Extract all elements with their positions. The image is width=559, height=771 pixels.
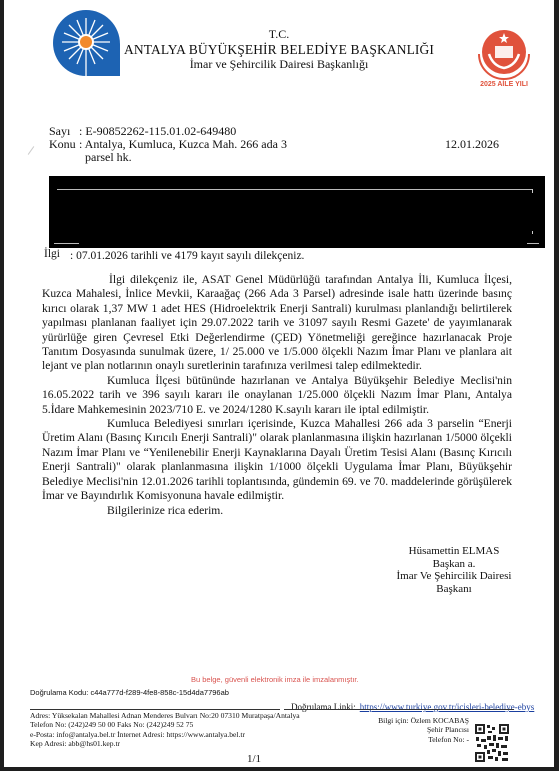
- verification-code: Doğrulama Kodu: c44a777d-f289-4fe8-858c-…: [30, 688, 229, 697]
- ilgi-value: : 07.01.2026 tarihli ve 4179 kayıt sayıl…: [70, 249, 304, 263]
- verification-link-row: Doğrulama Linki: https://www.turkiye.gov…: [291, 697, 534, 715]
- info-contact: Bilgi için: Özlem KOCABAŞ Şehir Plancısı…: [369, 716, 469, 744]
- esign-notice: Bu belge, güvenli elektronik imza ile im…: [191, 675, 359, 684]
- verification-code-value: c44a777d-f289-4fe8-858c-15d4da7796ab: [90, 688, 228, 697]
- qr-code-icon: [474, 723, 510, 763]
- sayi-value: : E-90852262-115.01.02-649480: [79, 124, 236, 138]
- pen-mark: [28, 146, 35, 155]
- konu-value: : Antalya, Kumluca, Kuzca Mah. 266 ada 3: [79, 137, 287, 151]
- signer-name: Hüsamettin ELMAS: [379, 545, 529, 558]
- info-contact-name: Bilgi için: Özlem KOCABAŞ: [369, 716, 469, 725]
- verification-link[interactable]: https://www.turkiye.gov.tr/icisleri-bele…: [360, 702, 535, 712]
- footer-contact: Adres: Yüksekalan Mahallesi Adnan Mender…: [30, 711, 300, 748]
- info-contact-phone: Telefon No: -: [369, 735, 469, 744]
- signer-title-1: Başkan a.: [379, 558, 529, 571]
- svg-text:2025 AİLE YILI: 2025 AİLE YILI: [480, 80, 528, 88]
- ilgi-label: İlgi: [44, 247, 60, 261]
- verification-code-label: Doğrulama Kodu:: [30, 688, 88, 697]
- document-page: T.C. ANTALYA BÜYÜKŞEHİR BELEDİYE BAŞKANL…: [4, 0, 554, 767]
- footer-phone: Telefon No: (242)249 50 00 Faks No: (242…: [30, 720, 300, 729]
- verification-link-label: Doğrulama Linki:: [291, 702, 356, 712]
- paragraph-3: Kumluca Belediyesi sınırları içerisinde,…: [42, 417, 512, 503]
- footer-kep: Kep Adresi: abb@hs01.kep.tr: [30, 739, 300, 748]
- footer-rule-left: [30, 709, 280, 710]
- page-number: 1/1: [247, 753, 261, 765]
- konu-label: Konu: [49, 137, 76, 151]
- signer-title-2: İmar Ve Şehircilik Dairesi: [379, 570, 529, 583]
- info-contact-title: Şehir Plancısı: [369, 725, 469, 734]
- sayi-label: Sayı: [49, 124, 70, 138]
- signature-block: Hüsamettin ELMAS Başkan a. İmar Ve Şehir…: [379, 545, 529, 595]
- konu-value-cont: parsel hk.: [85, 150, 132, 164]
- footer-address: Adres: Yüksekalan Mahallesi Adnan Mender…: [30, 711, 300, 720]
- redacted-recipient-block: [49, 176, 545, 248]
- paragraph-1: İlgi dilekçeniz ile, ASAT Genel Müdürlüğ…: [42, 273, 512, 374]
- paragraph-4: Bilgilerinize rica ederim.: [42, 504, 512, 518]
- footer-rule-right: [284, 709, 514, 710]
- letter-body: İlgi dilekçeniz ile, ASAT Genel Müdürlüğ…: [42, 273, 512, 518]
- aile-yili-logo-icon: 2025 AİLE YILI: [471, 24, 537, 90]
- signer-title-3: Başkanı: [379, 583, 529, 596]
- footer-email-web: e-Posta: info@antalya.bel.tr İnternet Ad…: [30, 730, 300, 739]
- paragraph-2: Kumluca İlçesi bütününde hazırlanan ve A…: [42, 374, 512, 417]
- document-date: 12.01.2026: [445, 137, 499, 151]
